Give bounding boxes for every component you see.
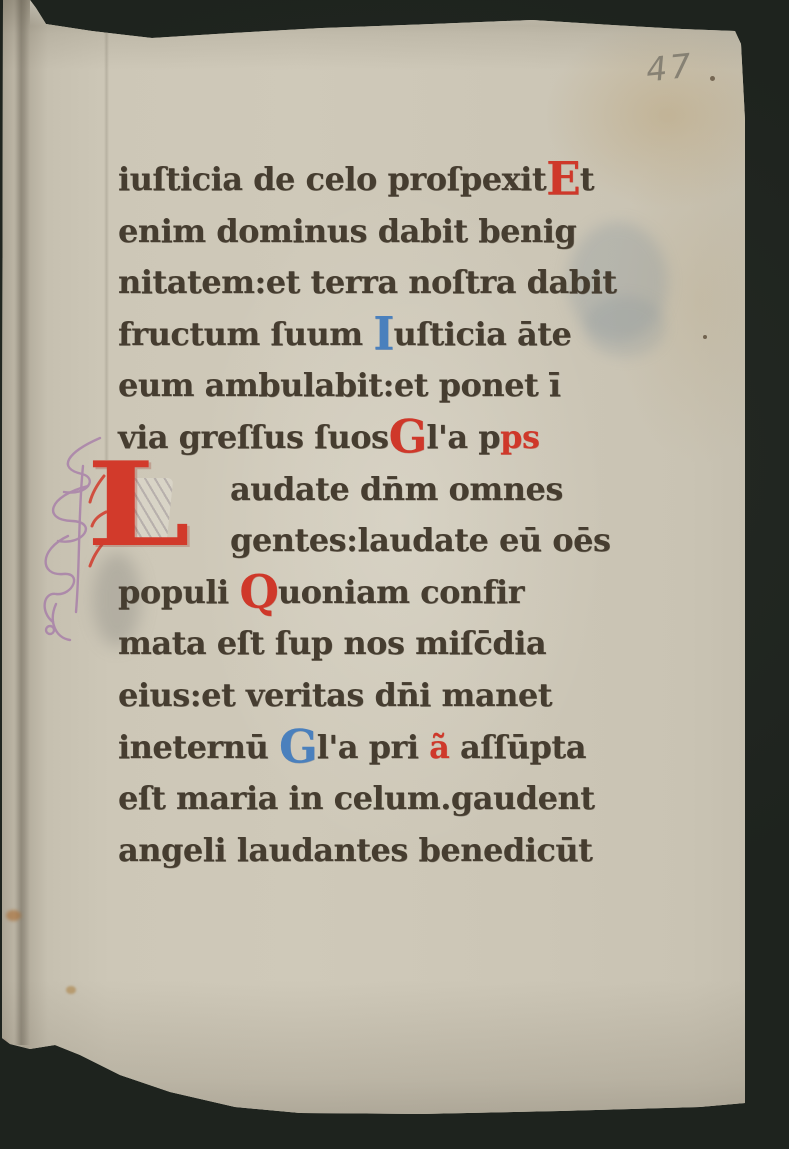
ink-speck <box>710 76 715 81</box>
text-line: eius:et veritas dn̄i manet <box>118 676 678 728</box>
foxing-spot <box>66 986 76 994</box>
vertical-crease <box>104 30 109 460</box>
text-line: audate dn̄m omnes <box>118 470 678 522</box>
pencil-folio-number: 47 <box>644 46 696 90</box>
text-segment: l'a p <box>426 418 500 456</box>
top-edge-curl-highlight <box>30 0 590 26</box>
text-segment: mata eſt ſup nos miſc̄dia <box>118 624 546 662</box>
inline-initial: I <box>373 306 393 360</box>
text-segment: gentes:laudate eū oēs <box>230 521 611 559</box>
text-line: mata eſt ſup nos miſc̄dia <box>118 624 678 676</box>
text-line: via greſſus ſuosGl'a pps <box>118 418 678 470</box>
text-line: gentes:laudate eū oēs <box>118 521 678 573</box>
text-line: fructum ſuum Iuſticia āte <box>118 315 678 367</box>
text-segment: iuſticia de celo proſpexit <box>118 160 546 198</box>
manuscript-page: 47 L iuſticia de celo proſpexitEtenim do… <box>0 0 789 1149</box>
text-segment: populi <box>118 573 239 611</box>
text-segment: eius:et veritas dn̄i manet <box>118 676 552 714</box>
text-segment: angeli laudantes benedicūt <box>118 831 592 869</box>
text-segment: nitatem:et terra noſtra dabit <box>118 263 617 301</box>
inline-initial: G <box>389 410 427 464</box>
rubric-segment: ã <box>429 728 460 766</box>
inline-initial: E <box>546 152 580 206</box>
inline-initial: G <box>279 719 317 773</box>
scan-background: { "document": { "kind_label": "illuminat… <box>0 0 789 1149</box>
text-line: ineternū Gl'a pri ã aſſūpta <box>118 728 678 780</box>
text-segment: audate dn̄m omnes <box>230 470 563 508</box>
text-line: iuſticia de celo proſpexitEt <box>118 160 678 212</box>
edge-stain <box>0 1040 7 1052</box>
text-line: angeli laudantes benedicūt <box>118 831 678 883</box>
text-segment: enim dominus dabit benig <box>118 212 576 250</box>
foxing-spot <box>6 910 21 921</box>
text-segment: t <box>580 160 594 198</box>
rubric-segment: ps <box>500 418 539 456</box>
ink-speck <box>703 335 707 339</box>
text-line: eſt maria in celum.gaudent <box>118 779 678 831</box>
text-segment: aſſūpta <box>460 728 586 766</box>
text-segment: l'a pri <box>317 728 429 766</box>
text-segment: eſt maria in celum.gaudent <box>118 779 595 817</box>
text-segment: ineternū <box>118 728 279 766</box>
text-segment: eum ambulabit:et ponet ī <box>118 366 561 404</box>
text-segment: fructum ſuum <box>118 315 373 353</box>
text-line: populi Quoniam confir <box>118 573 678 625</box>
text-line: nitatem:et terra noſtra dabit <box>118 263 678 315</box>
text-segment: uſticia āte <box>393 315 571 353</box>
text-segment: uoniam confir <box>278 573 524 611</box>
text-line: enim dominus dabit benig <box>118 212 678 264</box>
inline-initial: Q <box>239 564 278 618</box>
text-block: iuſticia de celo proſpexitEtenim dominus… <box>118 160 678 882</box>
text-segment: via greſſus ſuos <box>118 418 389 456</box>
